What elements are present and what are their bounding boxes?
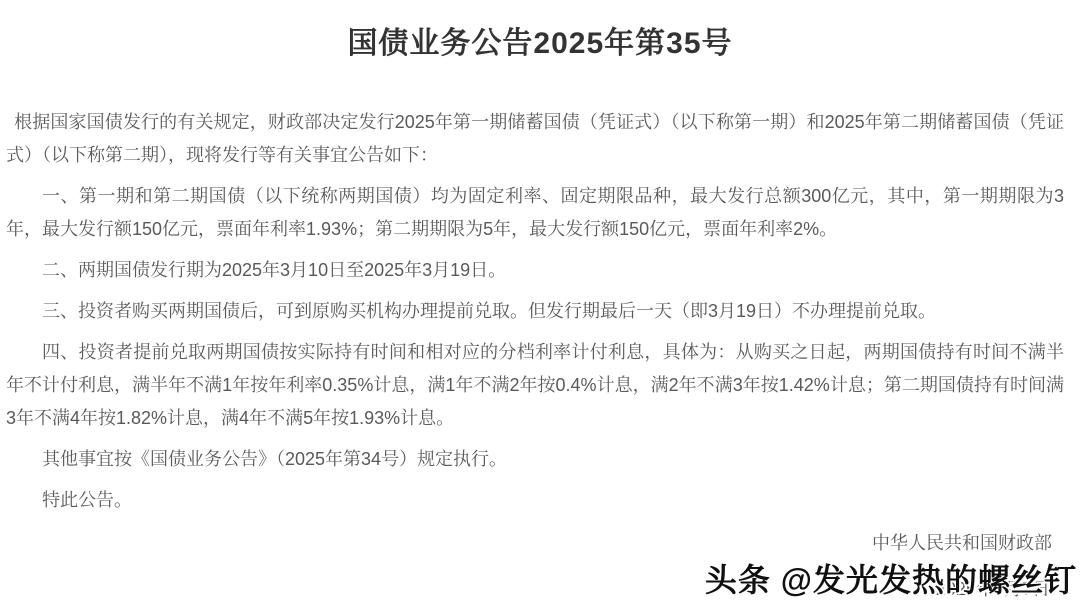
toutiao-watermark: 头条 @发光发热的螺丝钉 [705,555,1077,601]
page-title: 国债业务公告2025年第35号 [0,26,1080,62]
paragraph-intro: 根据国家国债发行的有关规定，财政部决定发行2025年第一期储蓄国债（凭证式）（以… [6,106,1064,172]
issuer-signature: 中华人民共和国财政部 [0,531,1080,555]
paragraph-other-matters: 其他事宜按《国债业务公告》（2025年第34号）规定执行。 [6,443,1064,476]
paragraph-item-1: 一、第一期和第二期国债（以下统称两期国债）均为固定利率、固定期限品种，最大发行总… [6,180,1064,246]
paragraph-item-2: 二、两期国债发行期为2025年3月10日至2025年3月19日。 [6,254,1064,287]
announcement-page: 国债业务公告2025年第35号 根据国家国债发行的有关规定，财政部决定发行202… [0,0,1080,604]
paragraph-item-3: 三、投资者购买两期国债后，可到原购买机构办理提前兑取。但发行期最后一天（即3月1… [6,295,1064,328]
announcement-body: 根据国家国债发行的有关规定，财政部决定发行2025年第一期储蓄国债（凭证式）（以… [6,106,1064,517]
paragraph-closing: 特此公告。 [6,484,1064,517]
paragraph-item-4: 四、投资者提前兑取两期国债按实际持有时间和相对应的分档利率计付利息，具体为：从购… [6,336,1064,435]
